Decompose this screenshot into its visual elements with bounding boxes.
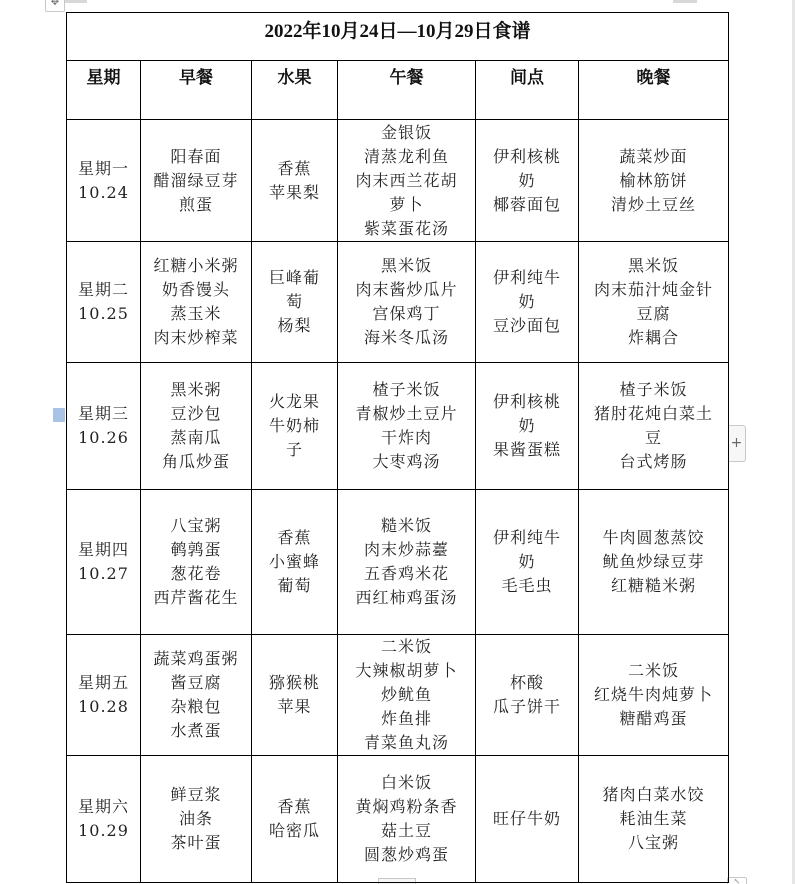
dish-line: 豆沙面包 bbox=[476, 314, 578, 338]
dish-line: 哈密瓜 bbox=[252, 819, 337, 843]
dish-line: 火龙果 bbox=[252, 390, 337, 414]
dish-line: 伊利核桃 bbox=[476, 390, 578, 414]
menu-row: 星期二10.25红糖小米粥奶香馒头蒸玉米肉末炒榨菜巨峰葡萄杨梨黑米饭肉末酱炒瓜片… bbox=[67, 242, 729, 363]
dish-line: 煎蛋 bbox=[141, 193, 251, 217]
day-cell[interactable]: 星期一10.24 bbox=[67, 120, 141, 242]
lunch-cell[interactable]: 白米饭黄焖鸡粉条香菇土豆圆葱炒鸡蛋 bbox=[338, 756, 476, 883]
weekday-label: 星期六 bbox=[67, 795, 140, 819]
dish-line: 肉末炒蒜薹 bbox=[338, 538, 475, 562]
breakfast-cell[interactable]: 八宝粥鹌鹑蛋葱花卷西芹酱花生 bbox=[141, 490, 252, 635]
snack-cell[interactable]: 杯酸瓜子饼干 bbox=[476, 635, 579, 756]
dish-line: 紫菜蛋花汤 bbox=[338, 217, 475, 241]
day-cell[interactable]: 星期六10.29 bbox=[67, 756, 141, 883]
weekday-label: 星期三 bbox=[67, 402, 140, 426]
day-cell[interactable]: 星期二10.25 bbox=[67, 242, 141, 363]
dish-line: 圆葱炒鸡蛋 bbox=[338, 843, 475, 867]
dish-line: 子 bbox=[252, 438, 337, 462]
dish-line: 奶 bbox=[476, 550, 578, 574]
dish-line: 奶 bbox=[476, 169, 578, 193]
fruit-cell[interactable]: 猕猴桃苹果 bbox=[252, 635, 338, 756]
weekday-label: 星期五 bbox=[67, 671, 140, 695]
dish-line: 奶香馒头 bbox=[141, 278, 251, 302]
dish-line: 二米饭 bbox=[338, 635, 475, 659]
fruit-cell[interactable]: 巨峰葡萄杨梨 bbox=[252, 242, 338, 363]
dish-line: 榆林筋饼 bbox=[579, 169, 728, 193]
dish-line: 水煮蛋 bbox=[141, 719, 251, 743]
dinner-cell[interactable]: 黑米饭肉末茄汁炖金针豆腐炸耦合 bbox=[579, 242, 729, 363]
add-column-button[interactable]: + bbox=[728, 425, 746, 462]
dish-line: 鹌鹑蛋 bbox=[141, 538, 251, 562]
dish-line: 茶叶蛋 bbox=[141, 831, 251, 855]
lunch-cell[interactable]: 楂子米饭青椒炒土豆片干炸肉大枣鸡汤 bbox=[338, 363, 476, 490]
dish-line: 海米冬瓜汤 bbox=[338, 326, 475, 350]
date-label: 10.28 bbox=[67, 695, 140, 719]
dinner-cell[interactable]: 猪肉白菜水饺耗油生菜八宝粥 bbox=[579, 756, 729, 883]
dish-line: 鲜豆浆 bbox=[141, 783, 251, 807]
dish-line: 果酱蛋糕 bbox=[476, 438, 578, 462]
dish-line: 干炸肉 bbox=[338, 426, 475, 450]
table-move-handle-icon[interactable]: ✥ bbox=[45, 0, 65, 12]
menu-row: 星期四10.27八宝粥鹌鹑蛋葱花卷西芹酱花生香蕉小蜜蜂葡萄糙米饭肉末炒蒜薹五香鸡… bbox=[67, 490, 729, 635]
col-header-lunch[interactable]: 午餐 bbox=[338, 61, 476, 120]
fruit-cell[interactable]: 香蕉小蜜蜂葡萄 bbox=[252, 490, 338, 635]
dish-line: 巨峰葡 bbox=[252, 266, 337, 290]
dish-line: 瓜子饼干 bbox=[476, 695, 578, 719]
dish-line: 肉末茄汁炖金针 bbox=[579, 278, 728, 302]
dish-line: 红糖糙米粥 bbox=[579, 574, 728, 598]
snack-cell[interactable]: 伊利核桃奶椰蓉面包 bbox=[476, 120, 579, 242]
snack-cell[interactable]: 伊利核桃奶果酱蛋糕 bbox=[476, 363, 579, 490]
menu-row: 星期三10.26黑米粥豆沙包蒸南瓜角瓜炒蛋火龙果牛奶柿子楂子米饭青椒炒土豆片干炸… bbox=[67, 363, 729, 490]
dish-line: 阳春面 bbox=[141, 145, 251, 169]
dish-line: 八宝粥 bbox=[141, 514, 251, 538]
dish-line: 蒸玉米 bbox=[141, 302, 251, 326]
col-header-fruit[interactable]: 水果 bbox=[252, 61, 338, 120]
dish-line: 炒鱿鱼 bbox=[338, 683, 475, 707]
dish-line: 猕猴桃 bbox=[252, 671, 337, 695]
dish-line: 葱花卷 bbox=[141, 562, 251, 586]
table-resize-handle-icon[interactable]: ↖ bbox=[727, 877, 747, 884]
snack-cell[interactable]: 伊利纯牛奶毛毛虫 bbox=[476, 490, 579, 635]
lunch-cell[interactable]: 黑米饭肉末酱炒瓜片宫保鸡丁海米冬瓜汤 bbox=[338, 242, 476, 363]
day-cell[interactable]: 星期四10.27 bbox=[67, 490, 141, 635]
dish-line: 黑米粥 bbox=[141, 378, 251, 402]
dish-line: 小蜜蜂 bbox=[252, 550, 337, 574]
dish-line: 油条 bbox=[141, 807, 251, 831]
menu-row: 星期六10.29鲜豆浆油条茶叶蛋香蕉哈密瓜白米饭黄焖鸡粉条香菇土豆圆葱炒鸡蛋旺仔… bbox=[67, 756, 729, 883]
dinner-cell[interactable]: 蔬菜炒面榆林筋饼清炒土豆丝 bbox=[579, 120, 729, 242]
dish-line: 豆 bbox=[579, 426, 728, 450]
dish-line: 肉末西兰花胡 bbox=[338, 169, 475, 193]
dish-line: 苹果梨 bbox=[252, 181, 337, 205]
dish-line: 醋溜绿豆芽 bbox=[141, 169, 251, 193]
dish-line: 牛肉圆葱蒸饺 bbox=[579, 526, 728, 550]
dish-line: 萝卜 bbox=[338, 193, 475, 217]
dish-line: 西红柿鸡蛋汤 bbox=[338, 586, 475, 610]
dish-line: 杯酸 bbox=[476, 671, 578, 695]
date-label: 10.29 bbox=[67, 819, 140, 843]
col-header-breakfast[interactable]: 早餐 bbox=[141, 61, 252, 120]
day-cell[interactable]: 星期三10.26 bbox=[67, 363, 141, 490]
dish-line: 金银饭 bbox=[338, 121, 475, 145]
dish-line: 炸鱼排 bbox=[338, 707, 475, 731]
dish-line: 香蕉 bbox=[252, 795, 337, 819]
date-label: 10.24 bbox=[67, 181, 140, 205]
dish-line: 毛毛虫 bbox=[476, 574, 578, 598]
dish-line: 黑米饭 bbox=[338, 254, 475, 278]
dish-line: 杨梨 bbox=[252, 314, 337, 338]
fruit-cell[interactable]: 香蕉苹果梨 bbox=[252, 120, 338, 242]
dish-line: 萄 bbox=[252, 290, 337, 314]
breakfast-cell[interactable]: 红糖小米粥奶香馒头蒸玉米肉末炒榨菜 bbox=[141, 242, 252, 363]
dish-line: 黄焖鸡粉条香 bbox=[338, 795, 475, 819]
fruit-cell[interactable]: 香蕉哈密瓜 bbox=[252, 756, 338, 883]
menu-row: 星期一10.24阳春面醋溜绿豆芽煎蛋香蕉苹果梨金银饭清蒸龙利鱼肉末西兰花胡萝卜紫… bbox=[67, 120, 729, 242]
dish-line: 肉末炒榨菜 bbox=[141, 326, 251, 350]
dish-line: 黑米饭 bbox=[579, 254, 728, 278]
lunch-cell[interactable]: 金银饭清蒸龙利鱼肉末西兰花胡萝卜紫菜蛋花汤 bbox=[338, 120, 476, 242]
dish-line: 五香鸡米花 bbox=[338, 562, 475, 586]
lunch-cell[interactable]: 糙米饭肉末炒蒜薹五香鸡米花西红柿鸡蛋汤 bbox=[338, 490, 476, 635]
dish-line: 蒸南瓜 bbox=[141, 426, 251, 450]
dish-line: 奶 bbox=[476, 290, 578, 314]
dish-line: 青菜鱼丸汤 bbox=[338, 731, 475, 755]
lunch-cell[interactable]: 二米饭大辣椒胡萝卜炒鱿鱼炸鱼排青菜鱼丸汤 bbox=[338, 635, 476, 756]
dish-line: 楂子米饭 bbox=[579, 378, 728, 402]
dish-line: 葡萄 bbox=[252, 574, 337, 598]
dish-line: 牛奶柿 bbox=[252, 414, 337, 438]
dish-line: 酱豆腐 bbox=[141, 671, 251, 695]
fruit-cell[interactable]: 火龙果牛奶柿子 bbox=[252, 363, 338, 490]
day-cell[interactable]: 星期五10.28 bbox=[67, 635, 141, 756]
dish-line: 楂子米饭 bbox=[338, 378, 475, 402]
dish-line: 香蕉 bbox=[252, 157, 337, 181]
dish-line: 苹果 bbox=[252, 695, 337, 719]
dish-line: 八宝粥 bbox=[579, 831, 728, 855]
dish-line: 豆沙包 bbox=[141, 402, 251, 426]
title-row: 2022年10月24日—10月29日食谱 bbox=[67, 13, 729, 61]
weekday-label: 星期二 bbox=[67, 278, 140, 302]
dish-line: 伊利纯牛 bbox=[476, 266, 578, 290]
dish-line: 蔬菜鸡蛋粥 bbox=[141, 647, 251, 671]
menu-title[interactable]: 2022年10月24日—10月29日食谱 bbox=[67, 13, 729, 61]
weekday-label: 星期一 bbox=[67, 157, 140, 181]
dish-line: 西芹酱花生 bbox=[141, 586, 251, 610]
dish-line: 肉末酱炒瓜片 bbox=[338, 278, 475, 302]
header-row: 星期 早餐 水果 午餐 间点 晚餐 bbox=[67, 61, 729, 120]
dish-line: 鱿鱼炒绿豆芽 bbox=[579, 550, 728, 574]
dish-line: 宫保鸡丁 bbox=[338, 302, 475, 326]
dinner-cell[interactable]: 牛肉圆葱蒸饺鱿鱼炒绿豆芽红糖糙米粥 bbox=[579, 490, 729, 635]
dish-line: 椰蓉面包 bbox=[476, 193, 578, 217]
col-header-dinner[interactable]: 晚餐 bbox=[579, 61, 729, 120]
dish-line: 糖醋鸡蛋 bbox=[579, 707, 728, 731]
dish-line: 香蕉 bbox=[252, 526, 337, 550]
dish-line: 菇土豆 bbox=[338, 819, 475, 843]
dish-line: 豆腐 bbox=[579, 302, 728, 326]
dish-line: 奶 bbox=[476, 414, 578, 438]
dish-line: 伊利核桃 bbox=[476, 145, 578, 169]
dish-line: 青椒炒土豆片 bbox=[338, 402, 475, 426]
date-label: 10.27 bbox=[67, 562, 140, 586]
dish-line: 清炒土豆丝 bbox=[579, 193, 728, 217]
dish-line: 大枣鸡汤 bbox=[338, 450, 475, 474]
snack-cell[interactable]: 旺仔牛奶 bbox=[476, 756, 579, 883]
col-header-snack[interactable]: 间点 bbox=[476, 61, 579, 120]
dinner-cell[interactable]: 二米饭红烧牛肉炖萝卜糖醋鸡蛋 bbox=[579, 635, 729, 756]
dinner-cell[interactable]: 楂子米饭猪肘花炖白菜土豆台式烤肠 bbox=[579, 363, 729, 490]
ruler-marker bbox=[63, 0, 87, 3]
dish-line: 红烧牛肉炖萝卜 bbox=[579, 683, 728, 707]
dish-line: 蔬菜炒面 bbox=[579, 145, 728, 169]
weekday-label: 星期四 bbox=[67, 538, 140, 562]
menu-row: 星期五10.28蔬菜鸡蛋粥酱豆腐杂粮包水煮蛋猕猴桃苹果二米饭大辣椒胡萝卜炒鱿鱼炸… bbox=[67, 635, 729, 756]
snack-cell[interactable]: 伊利纯牛奶豆沙面包 bbox=[476, 242, 579, 363]
breakfast-cell[interactable]: 阳春面醋溜绿豆芽煎蛋 bbox=[141, 120, 252, 242]
dish-line: 炸耦合 bbox=[579, 326, 728, 350]
dish-line: 伊利纯牛 bbox=[476, 526, 578, 550]
dish-line: 二米饭 bbox=[579, 659, 728, 683]
breakfast-cell[interactable]: 鲜豆浆油条茶叶蛋 bbox=[141, 756, 252, 883]
date-label: 10.25 bbox=[67, 302, 140, 326]
dish-line: 耗油生菜 bbox=[579, 807, 728, 831]
paragraph-mark-icon bbox=[53, 408, 65, 422]
dish-line: 白米饭 bbox=[338, 771, 475, 795]
breakfast-cell[interactable]: 黑米粥豆沙包蒸南瓜角瓜炒蛋 bbox=[141, 363, 252, 490]
dish-line: 清蒸龙利鱼 bbox=[338, 145, 475, 169]
ruler-marker bbox=[673, 0, 697, 3]
dish-line: 杂粮包 bbox=[141, 695, 251, 719]
dish-line: 大辣椒胡萝卜 bbox=[338, 659, 475, 683]
dish-line: 猪肉白菜水饺 bbox=[579, 783, 728, 807]
weekly-menu-table: 2022年10月24日—10月29日食谱 星期 早餐 水果 午餐 间点 晚餐 星… bbox=[66, 12, 729, 883]
breakfast-cell[interactable]: 蔬菜鸡蛋粥酱豆腐杂粮包水煮蛋 bbox=[141, 635, 252, 756]
col-header-day[interactable]: 星期 bbox=[67, 61, 141, 120]
dish-line: 台式烤肠 bbox=[579, 450, 728, 474]
dish-line: 旺仔牛奶 bbox=[476, 807, 578, 831]
dish-line: 猪肘花炖白菜土 bbox=[579, 402, 728, 426]
date-label: 10.26 bbox=[67, 426, 140, 450]
dish-line: 红糖小米粥 bbox=[141, 254, 251, 278]
dish-line: 角瓜炒蛋 bbox=[141, 450, 251, 474]
dish-line: 糙米饭 bbox=[338, 514, 475, 538]
